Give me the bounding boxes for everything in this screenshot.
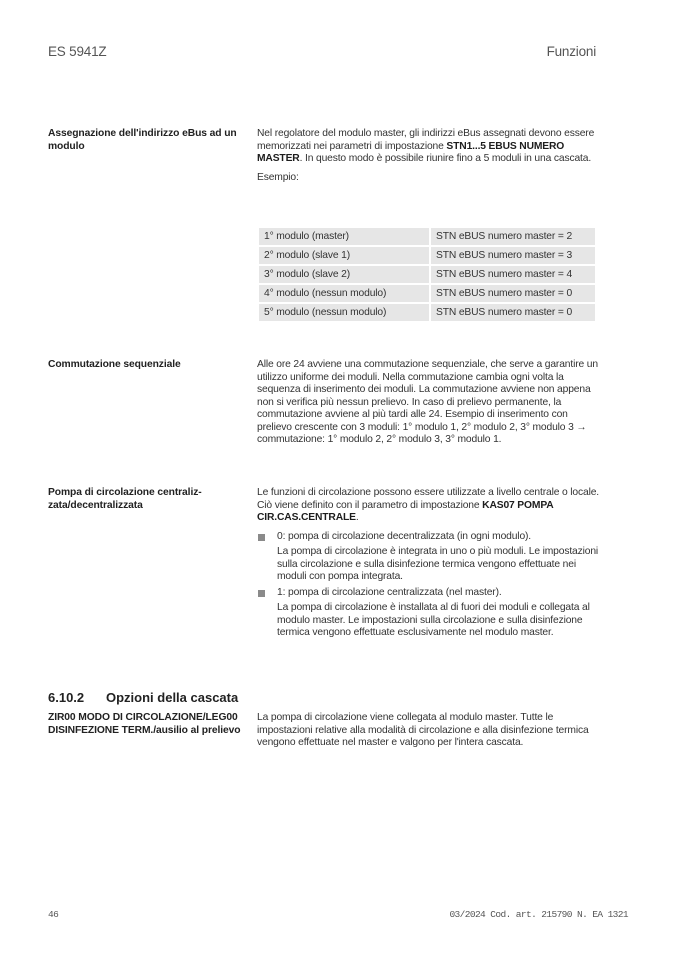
table-row: 4° modulo (nessun modulo)STN eBUS numero… bbox=[259, 285, 595, 302]
section-body: Le funzioni di circolazione possono esse… bbox=[257, 487, 602, 643]
chapter-title: Funzioni bbox=[547, 44, 596, 59]
table-row: 2° modulo (slave 1)STN eBUS numero maste… bbox=[259, 247, 595, 264]
module-cell: 1° modulo (master) bbox=[259, 228, 429, 245]
subsection-number: 6.10.2 bbox=[48, 690, 106, 705]
ebus-setting-cell: STN eBUS numero master = 4 bbox=[431, 266, 595, 283]
section-body: La pompa di circolazione viene collegata… bbox=[257, 712, 602, 756]
option-description: La pompa di circolazione è integrata in … bbox=[277, 546, 602, 584]
section-label: Pompa di circolazione centraliz-zata/dec… bbox=[48, 487, 238, 512]
doc-code: ES 5941Z bbox=[48, 44, 106, 59]
paragraph: Nel regolatore del modulo master, gli in… bbox=[257, 128, 602, 166]
ebus-address-table: 1° modulo (master)STN eBUS numero master… bbox=[257, 226, 597, 323]
option-title: 1: pompa di circolazione centralizzata (… bbox=[277, 587, 602, 600]
bullet-square-icon bbox=[258, 534, 265, 541]
ebus-setting-cell: STN eBUS numero master = 0 bbox=[431, 285, 595, 302]
ebus-setting-cell: STN eBUS numero master = 2 bbox=[431, 228, 595, 245]
ebus-setting-cell: STN eBUS numero master = 3 bbox=[431, 247, 595, 264]
ebus-setting-cell: STN eBUS numero master = 0 bbox=[431, 304, 595, 321]
page-number: 46 bbox=[48, 909, 58, 920]
list-item: 1: pompa di circolazione centralizzata (… bbox=[257, 587, 602, 640]
table-row: 1° modulo (master)STN eBUS numero master… bbox=[259, 228, 595, 245]
module-cell: 4° modulo (nessun modulo) bbox=[259, 285, 429, 302]
footer-info: 03/2024 Cod. art. 215790 N. EA 1321 bbox=[449, 909, 628, 920]
option-list: 0: pompa di circolazione decentralizzata… bbox=[257, 531, 602, 640]
table-row: 5° modulo (nessun modulo)STN eBUS numero… bbox=[259, 304, 595, 321]
subsection-heading: 6.10.2Opzioni della cascata bbox=[48, 690, 238, 705]
bullet-square-icon bbox=[258, 590, 265, 597]
section-label: Assegnazione dell'indirizzo eBus ad un m… bbox=[48, 128, 243, 153]
module-cell: 2° modulo (slave 1) bbox=[259, 247, 429, 264]
section-body: Nel regolatore del modulo master, gli in… bbox=[257, 128, 602, 190]
section-label: ZIR00 MODO DI CIRCOLAZIONE/LEG00 DISINFE… bbox=[48, 712, 253, 737]
module-cell: 3° modulo (slave 2) bbox=[259, 266, 429, 283]
section-label: Commutazione sequenziale bbox=[48, 359, 248, 372]
example-label: Esempio: bbox=[257, 172, 602, 185]
option-description: La pompa di circolazione è installata al… bbox=[277, 602, 602, 640]
module-cell: 5° modulo (nessun modulo) bbox=[259, 304, 429, 321]
paragraph: Alle ore 24 avviene una commutazione seq… bbox=[257, 359, 602, 447]
section-body: Alle ore 24 avviene una commutazione seq… bbox=[257, 359, 602, 453]
option-title: 0: pompa di circolazione decentralizzata… bbox=[277, 531, 602, 544]
subsection-title: Opzioni della cascata bbox=[106, 690, 238, 705]
table-row: 3° modulo (slave 2)STN eBUS numero maste… bbox=[259, 266, 595, 283]
paragraph: Le funzioni di circolazione possono esse… bbox=[257, 487, 602, 525]
list-item: 0: pompa di circolazione decentralizzata… bbox=[257, 531, 602, 584]
paragraph: La pompa di circolazione viene collegata… bbox=[257, 712, 602, 750]
